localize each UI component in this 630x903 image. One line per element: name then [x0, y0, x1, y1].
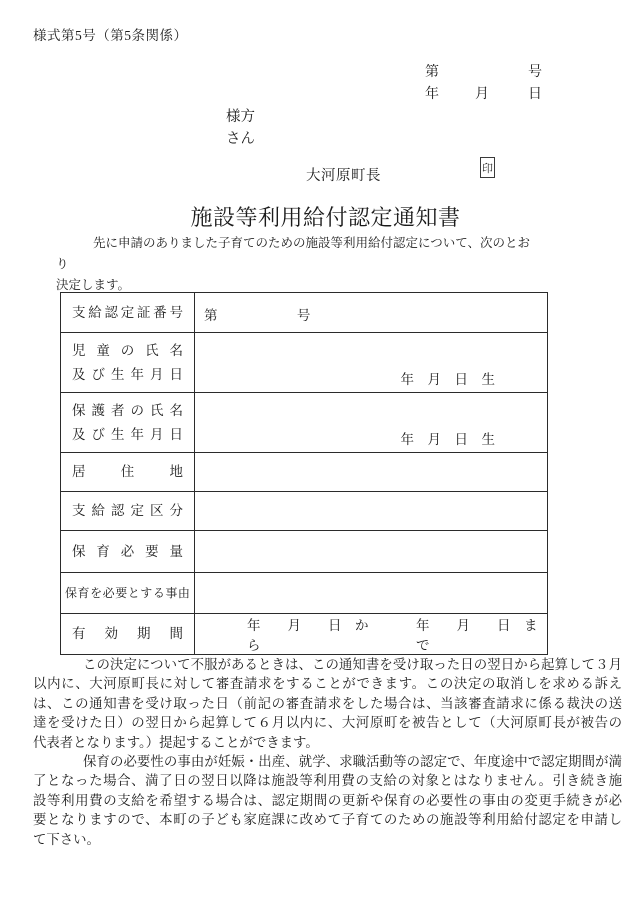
issue-date-line: 年 月 日	[425, 83, 560, 101]
table-row-certificate-number: 支給認定証番号 第 号	[61, 293, 547, 333]
note-line: 設等利用費の支給を希望する場合は、認定期間の更新や保育の必要性の事由の変更手続き…	[33, 791, 622, 810]
row-label: 支給認定証番号	[61, 293, 195, 332]
valid-period-field: 年 月 日 から 年 月 日 まで	[195, 614, 547, 654]
row-value-cell	[195, 492, 547, 530]
row-label-line: 及び生年月日	[61, 423, 194, 447]
addressee-care-of: 様方	[226, 105, 255, 126]
note-line: 要となりますので、本町の子ども家庭課に改めて子育てのための施設等利用給付認定を申…	[33, 810, 622, 829]
row-label: 有効期間	[61, 614, 195, 654]
row-label-line: 支給認定区分	[61, 499, 194, 523]
document-title: 施設等利用給付認定通知書	[0, 201, 630, 232]
row-label: 保育必要量	[61, 531, 195, 572]
issue-date-month: 月	[475, 83, 489, 103]
intro-paragraph: 先に申請のありました子育てのための施設等利用給付認定について、次のとおり 決定し…	[56, 233, 542, 296]
issue-date-day: 日	[528, 83, 542, 103]
row-label: 保育を必要とする事由	[61, 573, 195, 613]
table-row-childcare-amount: 保育必要量	[61, 531, 547, 573]
note-line: て下さい。	[33, 830, 622, 849]
certificate-number-prefix: 第	[204, 308, 218, 323]
seal-mark-icon: 印	[480, 157, 495, 178]
table-row-childcare-reason: 保育を必要とする事由	[61, 573, 547, 614]
row-label-line: 支給認定証番号	[61, 301, 194, 325]
document-number-prefix: 第	[425, 61, 439, 81]
issuer-title: 大河原町長	[306, 164, 381, 185]
row-label-line: 保護者の氏名	[61, 399, 194, 423]
row-label-line: 有効期間	[61, 622, 194, 646]
document-number-line: 第 号	[425, 61, 560, 79]
table-row-valid-period: 有効期間 年 月 日 から 年 月 日 まで	[61, 614, 547, 654]
intro-line: 先に申請のありました子育てのための施設等利用給付認定について、次のとおり	[56, 233, 542, 275]
row-label: 保護者の氏名 及び生年月日	[61, 393, 195, 452]
row-value-cell: 年 月 日 から 年 月 日 まで	[195, 614, 547, 654]
row-label: 児童の氏名 及び生年月日	[61, 333, 195, 392]
note-line: この決定について不服があるときは、この通知書を受け取った日の翌日から起算して３月	[33, 655, 622, 674]
note-line: は、この通知書を受け取った日（前記の審査請求をした場合は、当該審査請求に係る裁決…	[33, 694, 622, 713]
addressee-honorific: さん	[226, 127, 255, 148]
row-value-cell: 年 月 日 生	[195, 333, 547, 392]
issue-date-year: 年	[425, 83, 439, 103]
notes-section: この決定について不服があるときは、この通知書を受け取った日の翌日から起算して３月…	[33, 655, 622, 849]
document-number-suffix: 号	[528, 61, 542, 81]
certificate-number-field: 第 号	[195, 293, 547, 324]
child-birthdate-field: 年 月 日 生	[401, 368, 496, 388]
period-from: 年 月 日 から	[247, 614, 378, 654]
table-row-residence: 居住地	[61, 453, 547, 492]
certificate-number-suffix: 号	[297, 308, 311, 323]
row-label: 居住地	[61, 453, 195, 491]
table-row-guardian-name: 保護者の氏名 及び生年月日 年 月 日 生	[61, 393, 547, 453]
note-line: 了となった場合、満了日の翌日以降は施設等利用費の支給の対象とはなりません。引き続…	[33, 771, 622, 790]
seal-character: 印	[482, 160, 493, 176]
row-value-cell	[195, 453, 547, 491]
notification-document: 様式第5号（第5条関係） 第 号 年 月 日 様方 さん 大河原町長 印 施設等…	[0, 0, 630, 903]
row-value-cell: 年 月 日 生	[195, 393, 547, 452]
row-label-line: 保育を必要とする事由	[61, 581, 194, 605]
row-label-line: 居住地	[61, 460, 194, 484]
row-label-line: 及び生年月日	[61, 363, 194, 387]
row-label-line: 保育必要量	[61, 540, 194, 564]
period-to: 年 月 日 まで	[416, 614, 547, 654]
row-value-cell	[195, 573, 547, 613]
table-row-child-name: 児童の氏名 及び生年月日 年 月 日 生	[61, 333, 547, 393]
note-line: 達を受けた日）の翌日から起算して６月以内に、大河原町を被告として（大河原町長が被…	[33, 713, 622, 732]
table-row-certification-category: 支給認定区分	[61, 492, 547, 531]
guardian-birthdate-field: 年 月 日 生	[401, 428, 496, 448]
certification-table: 支給認定証番号 第 号 児童の氏名 及び生年月日 年 月 日 生 保護者の氏名 …	[60, 292, 548, 655]
row-value-cell: 第 号	[195, 293, 547, 332]
row-value-cell	[195, 531, 547, 572]
note-line: 保育の必要性の事由が妊娠・出産、就学、求職活動等の認定で、年度途中で認定期間が満	[33, 752, 622, 771]
row-label-line: 児童の氏名	[61, 339, 194, 363]
form-number: 様式第5号（第5条関係）	[33, 24, 188, 44]
note-line: 以内に、大河原町長に対して審査請求をすることができます。この決定の取消しを求める…	[33, 674, 622, 693]
row-label: 支給認定区分	[61, 492, 195, 530]
note-line: 代表者となります。）提起することができます。	[33, 733, 622, 752]
